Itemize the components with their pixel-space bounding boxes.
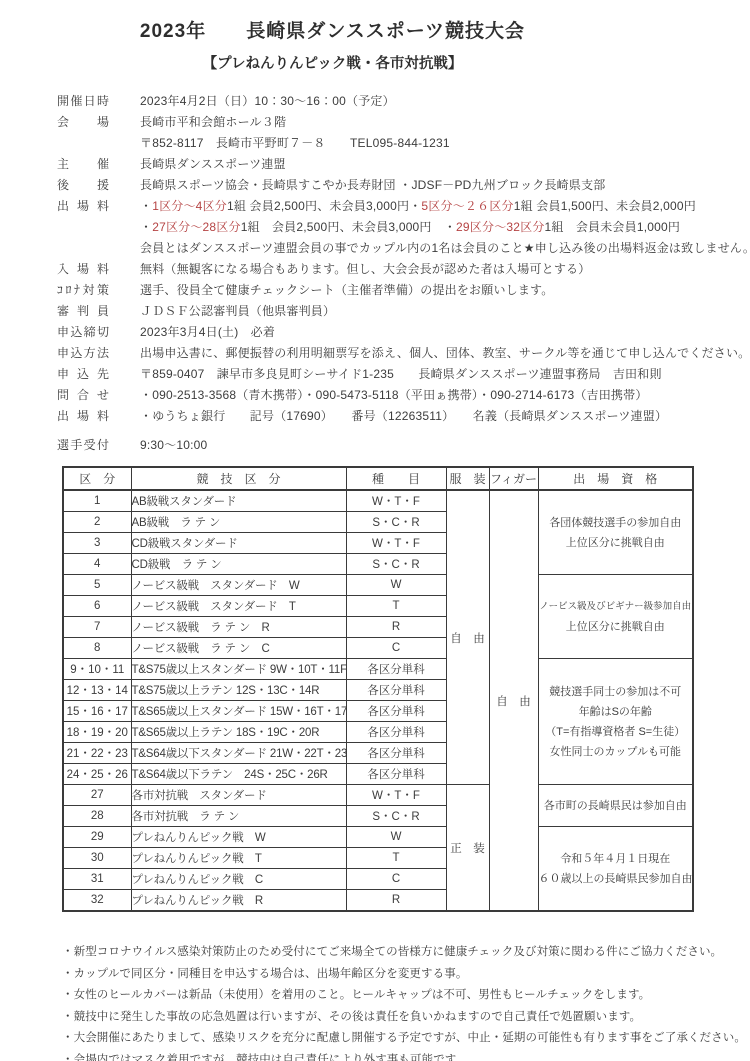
info-row: 申込締切2023年3月4日(土) 必着 — [0, 322, 735, 343]
table-header: 区 分競 技 区 分種 目服 装フィガー出 場 資 格 — [63, 467, 693, 490]
text-segment: ・ゆうちょ銀行 記号（17690） 番号（12263511） 名義（長崎県ダンス… — [140, 409, 667, 423]
info-line: 選手、役員全て健康チェックシート（主催者準備）の提出をお願いします。 — [140, 280, 735, 301]
event-name: プレねんりんピック戦 W — [131, 827, 346, 848]
dance-items: T — [346, 848, 446, 869]
info-line: 長崎県ダンススポーツ連盟 — [140, 154, 735, 175]
figure-cell: 自 由 — [489, 490, 538, 911]
info-value: ・ゆうちょ銀行 記号（17690） 番号（12263511） 名義（長崎県ダンス… — [140, 406, 735, 427]
info-label: 出 場 料 — [57, 406, 109, 427]
info-line: 長崎市平和会館ホール３階 — [140, 112, 735, 133]
dance-items: 各区分単科 — [346, 659, 446, 680]
division-number: 7 — [63, 617, 131, 638]
text-segment: 長崎市平和会館ホール３階 — [140, 115, 286, 129]
note-item: ・新型コロナウイルス感染対策防止のため受付にてご来場全ての皆様方に健康チェック及… — [62, 946, 735, 959]
text-segment: 〒852-8117 長崎市平野町７－８ TEL095-844-1231 — [140, 136, 450, 150]
info-value: 長崎市平和会館ホール３階〒852-8117 長崎市平野町７－８ TEL095-8… — [140, 112, 735, 154]
event-name: AB級戦スタンダード — [131, 490, 346, 512]
text-segment: 選手、役員全て健康チェックシート（主催者準備）の提出をお願いします。 — [140, 283, 553, 297]
division-number: 21・22・23 — [63, 743, 131, 764]
note-item: ・競技中に発生した事故の応急処置は行いますが、その後は責任を負いかねますので自己… — [62, 1011, 735, 1024]
division-number: 31 — [63, 869, 131, 890]
dance-items: 各区分単科 — [346, 722, 446, 743]
event-name: T&S65歳以上スタンダード 15W・16T・17F — [131, 701, 346, 722]
qualification-line: 令和５年４月１日現在 — [539, 853, 693, 865]
dance-items: S・C・R — [346, 512, 446, 533]
division-number: 3 — [63, 533, 131, 554]
qualification-line: （T=有指導資格者 S=生徒） — [539, 726, 693, 738]
dance-items: 各区分単科 — [346, 764, 446, 785]
qualification-line: ノービス級及びビギナー級参加自由 — [539, 601, 693, 613]
title-block: 2023年 長崎県ダンススポーツ競技大会 【プレねんりんピック戦・各市対抗戦】 — [0, 16, 735, 73]
info-value: 2023年4月2日（日）10：30～16：00（予定） — [140, 91, 735, 112]
text-segment: 〒859-0407 諫早市多良見町シーサイド1-235 長崎県ダンススポーツ連盟… — [140, 367, 662, 381]
info-row: 審 判 員ＪＤＳＦ公認審判員（他県審判員） — [0, 301, 735, 322]
division-number: 9・10・11 — [63, 659, 131, 680]
info-label: 会 場 — [57, 112, 109, 133]
info-value: 長崎県ダンススポーツ連盟 — [140, 154, 735, 175]
dance-items: T — [346, 596, 446, 617]
division-table: 区 分競 技 区 分種 目服 装フィガー出 場 資 格 1AB級戦スタンダードW… — [62, 466, 694, 912]
text-segment: ＪＤＳＦ公認審判員（他県審判員） — [140, 304, 335, 318]
event-name: プレねんりんピック戦 C — [131, 869, 346, 890]
division-number: 8 — [63, 638, 131, 659]
info-row: 後 援長崎県スポーツ協会・長崎県すこやか長寿財団 ・JDSF－PD九州ブロック長… — [0, 175, 735, 196]
info-row: 主 催長崎県ダンススポーツ連盟 — [0, 154, 735, 175]
fee-range-highlight: 5区分～２６区分 — [421, 199, 513, 213]
division-number: 24・25・26 — [63, 764, 131, 785]
info-label: 申込締切 — [57, 322, 109, 343]
text-segment: 長崎県スポーツ協会・長崎県すこやか長寿財団 ・JDSF－PD九州ブロック長崎県支… — [140, 178, 606, 192]
event-name: T&S75歳以上ラテン 12S・13C・14R — [131, 680, 346, 701]
event-title: 2023年 長崎県ダンススポーツ競技大会 — [0, 16, 665, 43]
info-line: ・090-2513-3568（青木携帯）・090-5473-5118（平田ぁ携帯… — [140, 385, 735, 406]
division-number: 2 — [63, 512, 131, 533]
note-item: ・会場内ではマスク着用ですが、競技中は自己責任により外す事も可能です。 — [62, 1054, 735, 1061]
info-row: ｺﾛﾅ対策選手、役員全て健康チェックシート（主催者準備）の提出をお願いします。 — [0, 280, 735, 301]
qualification-cell: 競技選手同士の参加は不可年齢はSの年齢（T=有指導資格者 S=生徒）女性同士のカ… — [538, 659, 693, 785]
table-row: 29プレねんりんピック戦 WW令和５年４月１日現在６０歳以上の長崎県民参加自由 — [63, 827, 693, 848]
info-line: 会員とはダンススポーツ連盟会員の事でカップル内の1名は会員のこと★申し込み後の出… — [140, 238, 750, 259]
division-number: 4 — [63, 554, 131, 575]
info-section: 開催日時2023年4月2日（日）10：30～16：00（予定）会 場長崎市平和会… — [0, 91, 735, 456]
info-label: 主 催 — [57, 154, 109, 175]
dance-items: R — [346, 617, 446, 638]
info-label: 後 援 — [57, 175, 109, 196]
text-segment: 1組 会員未会員1,000円 — [545, 220, 681, 234]
column-header: 出 場 資 格 — [538, 467, 693, 490]
info-line: 〒852-8117 長崎市平野町７－８ TEL095-844-1231 — [140, 133, 735, 154]
table-body: 1AB級戦スタンダードW・T・F自 由自 由各団体競技選手の参加自由上位区分に挑… — [63, 490, 693, 911]
event-name: ノービス級戦 スタンダード T — [131, 596, 346, 617]
fee-range-highlight: 29区分～32区分 — [456, 220, 545, 234]
info-row: 出 場 料・ゆうちょ銀行 記号（17690） 番号（12263511） 名義（長… — [0, 406, 735, 427]
event-name: 各市対抗戦 ラ テ ン — [131, 806, 346, 827]
text-segment: ・ — [140, 199, 152, 213]
info-value: 出場申込書に、郵便振替の利用明細票写を添え、個人、団体、教室、サークル等を通じて… — [140, 343, 750, 364]
note-item: ・女性のヒールカバーは新品（未使用）を着用のこと。ヒールキャップは不可、男性もヒ… — [62, 989, 735, 1002]
fee-range-highlight: 1区分～4区分 — [152, 199, 227, 213]
info-line: ・27区分～28区分1組 会員2,500円、未会員3,000円 ・29区分～32… — [140, 217, 750, 238]
fee-range-highlight: 27区分～28区分 — [152, 220, 241, 234]
text-segment: 1組 会員1,500円、未会員2,000円 — [514, 199, 696, 213]
event-name: ノービス級戦 スタンダード W — [131, 575, 346, 596]
column-header: 服 装 — [446, 467, 489, 490]
dance-items: W — [346, 827, 446, 848]
event-name: ノービス級戦 ラ テ ン C — [131, 638, 346, 659]
info-value: 9:30～10:00 — [140, 435, 735, 456]
qualification-line: 年齢はSの年齢 — [539, 706, 693, 718]
division-number: 30 — [63, 848, 131, 869]
qualification-line: 競技選手同士の参加は不可 — [539, 686, 693, 698]
qualification-cell: 令和５年４月１日現在６０歳以上の長崎県民参加自由 — [538, 827, 693, 912]
text-segment: 1組 会員2,500円、未会員3,000円 ・ — [241, 220, 456, 234]
info-line: 出場申込書に、郵便振替の利用明細票写を添え、個人、団体、教室、サークル等を通じて… — [140, 343, 750, 364]
dance-items: W・T・F — [346, 785, 446, 806]
info-row: 会 場長崎市平和会館ホール３階〒852-8117 長崎市平野町７－８ TEL09… — [0, 112, 735, 154]
qualification-line: 各市町の長崎県民は参加自由 — [539, 800, 693, 812]
dance-items: 各区分単科 — [346, 743, 446, 764]
event-name: プレねんりんピック戦 R — [131, 890, 346, 912]
note-item: ・大会開催にあたりまして、感染リスクを充分に配慮し開催する予定ですが、中止・延期… — [62, 1032, 735, 1045]
division-number: 6 — [63, 596, 131, 617]
dance-items: 各区分単科 — [346, 701, 446, 722]
event-name: CD級戦スタンダード — [131, 533, 346, 554]
info-line: 2023年4月2日（日）10：30～16：00（予定） — [140, 91, 735, 112]
header-row: 区 分競 技 区 分種 目服 装フィガー出 場 資 格 — [63, 467, 693, 490]
table-row: 5ノービス級戦 スタンダード WWノービス級及びビギナー級参加自由上位区分に挑戦… — [63, 575, 693, 596]
text-segment: 9:30～10:00 — [140, 438, 207, 452]
info-row: 選手受付9:30～10:00 — [0, 435, 735, 456]
info-line: ・ゆうちょ銀行 記号（17690） 番号（12263511） 名義（長崎県ダンス… — [140, 406, 735, 427]
info-row: 申 込 先〒859-0407 諫早市多良見町シーサイド1-235 長崎県ダンスス… — [0, 364, 735, 385]
info-label: 問 合 せ — [57, 385, 109, 406]
dance-items: 各区分単科 — [346, 680, 446, 701]
info-label: 開催日時 — [57, 91, 109, 112]
info-row: 入 場 料無料（無観客になる場合もあります。但し、大会会長が認めた者は入場可とす… — [0, 259, 735, 280]
table-row: 1AB級戦スタンダードW・T・F自 由自 由各団体競技選手の参加自由上位区分に挑… — [63, 490, 693, 512]
info-value: ＪＤＳＦ公認審判員（他県審判員） — [140, 301, 735, 322]
column-header: 競 技 区 分 — [131, 467, 346, 490]
text-segment: ・090-2513-3568（青木携帯）・090-5473-5118（平田ぁ携帯… — [140, 388, 648, 402]
division-number: 32 — [63, 890, 131, 912]
info-label: 申込方法 — [57, 343, 109, 364]
dance-items: W・T・F — [346, 490, 446, 512]
event-name: AB級戦 ラ テ ン — [131, 512, 346, 533]
text-segment: 出場申込書に、郵便振替の利用明細票写を添え、個人、団体、教室、サークル等を通じて… — [140, 346, 750, 360]
info-label: 入 場 料 — [57, 259, 109, 280]
notes-section: ・新型コロナウイルス感染対策防止のため受付にてご来場全ての皆様方に健康チェック及… — [62, 946, 735, 1061]
info-row: 申込方法出場申込書に、郵便振替の利用明細票写を添え、個人、団体、教室、サークル等… — [0, 343, 735, 364]
division-number: 5 — [63, 575, 131, 596]
qualification-cell: 各団体競技選手の参加自由上位区分に挑戦自由 — [538, 490, 693, 575]
info-row: 問 合 せ・090-2513-3568（青木携帯）・090-5473-5118（… — [0, 385, 735, 406]
info-line: 長崎県スポーツ協会・長崎県すこやか長寿財団 ・JDSF－PD九州ブロック長崎県支… — [140, 175, 735, 196]
dance-items: C — [346, 869, 446, 890]
info-value: 選手、役員全て健康チェックシート（主催者準備）の提出をお願いします。 — [140, 280, 735, 301]
info-value: 2023年3月4日(土) 必着 — [140, 322, 735, 343]
dance-items: S・C・R — [346, 554, 446, 575]
info-value: 長崎県スポーツ協会・長崎県すこやか長寿財団 ・JDSF－PD九州ブロック長崎県支… — [140, 175, 735, 196]
text-segment: 無料（無観客になる場合もあります。但し、大会会長が認めた者は入場可とする） — [140, 262, 590, 276]
division-number: 28 — [63, 806, 131, 827]
column-header: 種 目 — [346, 467, 446, 490]
qualification-cell: ノービス級及びビギナー級参加自由上位区分に挑戦自由 — [538, 575, 693, 659]
event-name: T&S64歳以下スタンダード 21W・22T・23F — [131, 743, 346, 764]
qualification-line: 女性同士のカップルも可能 — [539, 746, 693, 758]
division-number: 15・16・17 — [63, 701, 131, 722]
qualification-line: 上位区分に挑戦自由 — [539, 621, 693, 633]
note-item: ・カップルで同区分・同種目を申込する場合は、出場年齢区分を変更する事。 — [62, 968, 735, 981]
dance-items: W — [346, 575, 446, 596]
info-line: 9:30～10:00 — [140, 435, 735, 456]
dance-items: R — [346, 890, 446, 912]
dress-code-cell: 自 由 — [446, 490, 489, 785]
event-name: プレねんりんピック戦 T — [131, 848, 346, 869]
info-row: 開催日時2023年4月2日（日）10：30～16：00（予定） — [0, 91, 735, 112]
text-segment: ・ — [140, 220, 152, 234]
qualification-line: 各団体競技選手の参加自由 — [539, 517, 693, 529]
info-label: 選手受付 — [57, 435, 109, 456]
info-value: 無料（無観客になる場合もあります。但し、大会会長が認めた者は入場可とする） — [140, 259, 735, 280]
division-number: 27 — [63, 785, 131, 806]
qualification-line: ６０歳以上の長崎県民参加自由 — [539, 873, 693, 885]
text-segment: 2023年3月4日(土) 必着 — [140, 325, 275, 339]
column-header: 区 分 — [63, 467, 131, 490]
info-label: ｺﾛﾅ対策 — [57, 280, 109, 301]
info-row: 出 場 料・1区分～4区分1組 会員2,500円、未会員3,000円・5区分～２… — [0, 196, 735, 259]
event-name: T&S75歳以上スタンダード 9W・10T・11F — [131, 659, 346, 680]
info-label: 審 判 員 — [57, 301, 109, 322]
event-name: T&S64歳以下ラテン 24S・25C・26R — [131, 764, 346, 785]
info-value: ・1区分～4区分1組 会員2,500円、未会員3,000円・5区分～２６区分1組… — [140, 196, 750, 259]
event-name: ノービス級戦 ラ テ ン R — [131, 617, 346, 638]
division-number: 12・13・14 — [63, 680, 131, 701]
info-label: 出 場 料 — [57, 196, 109, 217]
info-line: 〒859-0407 諫早市多良見町シーサイド1-235 長崎県ダンススポーツ連盟… — [140, 364, 735, 385]
info-label: 申 込 先 — [57, 364, 109, 385]
info-line: ・1区分～4区分1組 会員2,500円、未会員3,000円・5区分～２６区分1組… — [140, 196, 750, 217]
info-value: ・090-2513-3568（青木携帯）・090-5473-5118（平田ぁ携帯… — [140, 385, 735, 406]
event-name: T&S65歳以上ラテン 18S・19C・20R — [131, 722, 346, 743]
document-page: 2023年 長崎県ダンススポーツ競技大会 【プレねんりんピック戦・各市対抗戦】 … — [0, 0, 750, 1061]
dance-items: S・C・R — [346, 806, 446, 827]
dance-items: W・T・F — [346, 533, 446, 554]
text-segment: 会員とはダンススポーツ連盟会員の事でカップル内の1名は会員のこと★申し込み後の出… — [140, 241, 750, 255]
division-number: 29 — [63, 827, 131, 848]
dance-items: C — [346, 638, 446, 659]
text-segment: 1組 会員2,500円、未会員3,000円・ — [227, 199, 421, 213]
division-number: 1 — [63, 490, 131, 512]
info-line: ＪＤＳＦ公認審判員（他県審判員） — [140, 301, 735, 322]
dress-code-cell: 正 装 — [446, 785, 489, 912]
event-subtitle: 【プレねんりんピック戦・各市対抗戦】 — [0, 52, 665, 73]
event-name: 各市対抗戦 スタンダード — [131, 785, 346, 806]
column-header: フィガー — [489, 467, 538, 490]
qualification-line: 上位区分に挑戦自由 — [539, 537, 693, 549]
division-number: 18・19・20 — [63, 722, 131, 743]
info-line: 2023年3月4日(土) 必着 — [140, 322, 735, 343]
info-line: 無料（無観客になる場合もあります。但し、大会会長が認めた者は入場可とする） — [140, 259, 735, 280]
event-name: CD級戦 ラ テ ン — [131, 554, 346, 575]
qualification-cell: 各市町の長崎県民は参加自由 — [538, 785, 693, 827]
text-segment: 長崎県ダンススポーツ連盟 — [140, 157, 286, 171]
info-value: 〒859-0407 諫早市多良見町シーサイド1-235 長崎県ダンススポーツ連盟… — [140, 364, 735, 385]
table-row: 9・10・11T&S75歳以上スタンダード 9W・10T・11F各区分単科競技選… — [63, 659, 693, 680]
table-row: 27各市対抗戦 スタンダードW・T・F正 装各市町の長崎県民は参加自由 — [63, 785, 693, 806]
text-segment: 2023年4月2日（日）10：30～16：00（予定） — [140, 94, 395, 108]
